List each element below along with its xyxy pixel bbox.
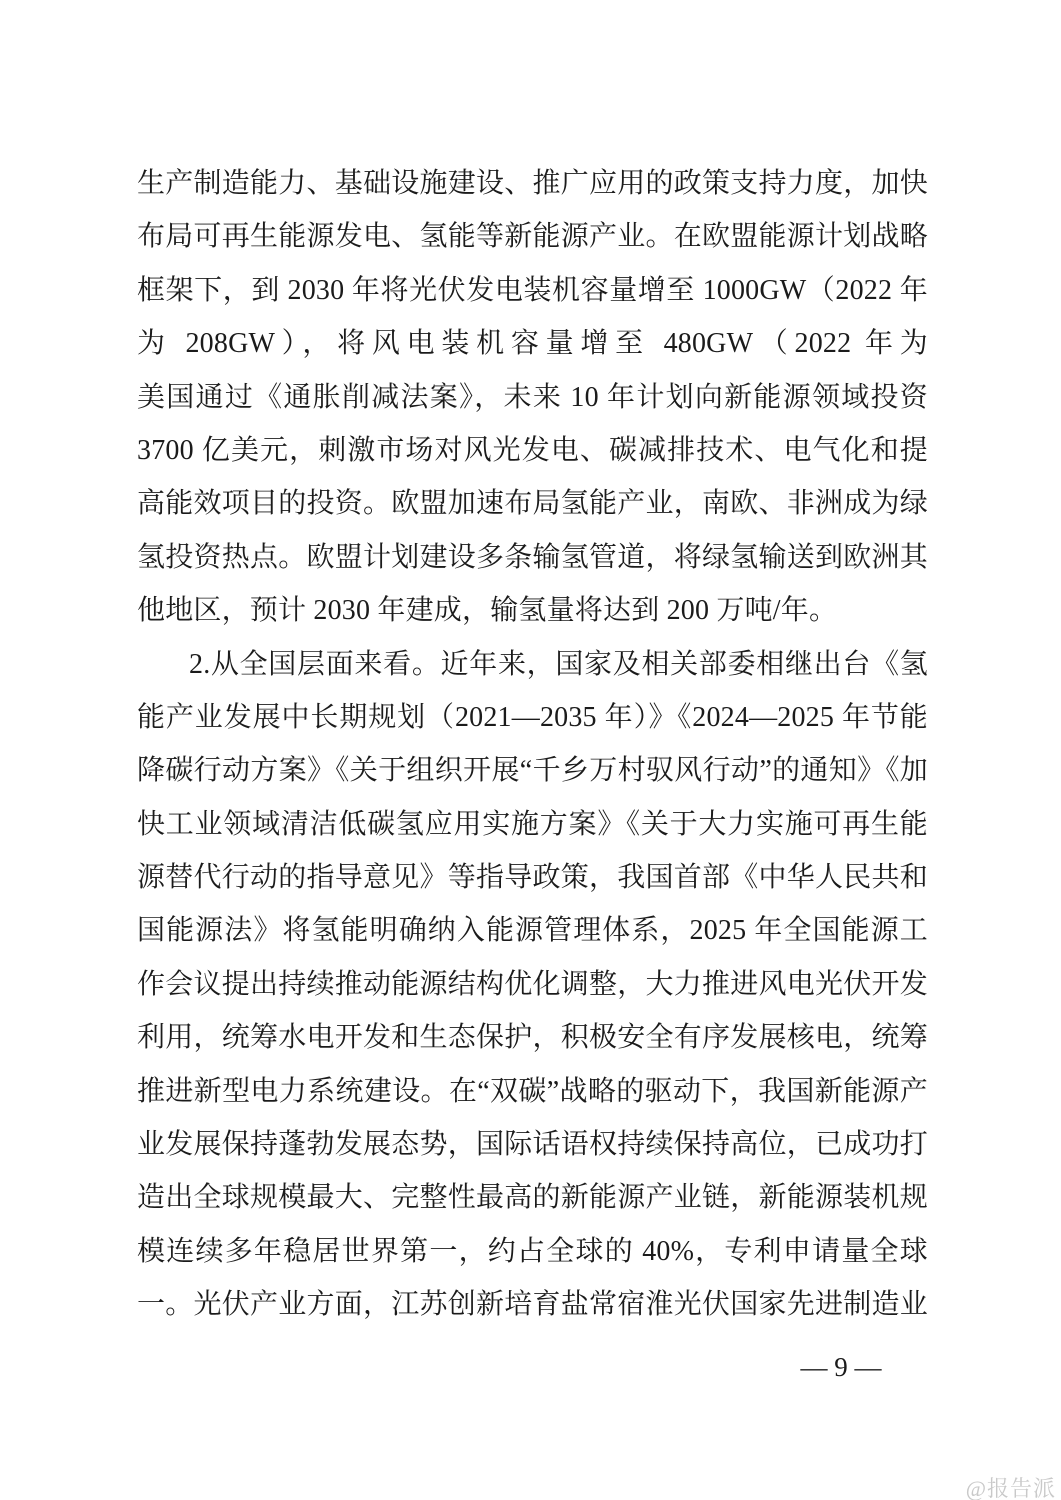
text-line: 美国通过《通胀削减法案》，未来 10 年计划向新能源领域投资 — [137, 371, 928, 424]
text-line: 氢投资热点。欧盟计划建设多条输氢管道，将绿氢输送到欧洲其 — [137, 531, 928, 584]
text-line: 框架下，到 2030 年将光伏发电装机容量增至 1000GW（2022 年 — [137, 264, 928, 317]
text-line: 能产业发展中长期规划（2021—2035 年）》《2024—2025 年节能 — [137, 691, 928, 744]
body-text: 生产制造能力、基础设施建设、推广应用的政策支持力度，加快 布局可再生能源发电、氢… — [137, 157, 928, 1332]
page-number: — 9 — — [771, 1352, 911, 1383]
text-line: 造出全球规模最大、完整性最高的新能源产业链，新能源装机规 — [137, 1171, 928, 1224]
text-line: 业发展保持蓬勃发展态势，国际话语权持续保持高位，已成功打 — [137, 1118, 928, 1171]
text-line: 快工业领域清洁低碳氢应用实施方案》《关于大力实施可再生能 — [137, 798, 928, 851]
text-line: 推进新型电力系统建设。在“双碳”战略的驱动下，我国新能源产 — [137, 1065, 928, 1118]
watermark-text: @报告派 — [966, 1472, 1056, 1500]
text-line: 布局可再生能源发电、氢能等新能源产业。在欧盟能源计划战略 — [137, 210, 928, 263]
text-line: 他地区，预计 2030 年建成，输氢量将达到 200 万吨/年。 — [137, 584, 928, 637]
text-line: 国能源法》将氢能明确纳入能源管理体系，2025 年全国能源工 — [137, 904, 928, 957]
text-line: 3700 亿美元，刺激市场对风光发电、碳减排技术、电气化和提 — [137, 424, 928, 477]
text-line: 高能效项目的投资。欧盟加速布局氢能产业，南欧、非洲成为绿 — [137, 477, 928, 530]
text-line: 生产制造能力、基础设施建设、推广应用的政策支持力度，加快 — [137, 157, 928, 210]
text-line: 为 208GW），将风电装机容量增至 480GW（2022 年为 255GW）。 — [137, 317, 928, 370]
text-line: 降碳行动方案》《关于组织开展“千乡万村驭风行动”的通知》《加 — [137, 744, 928, 797]
text-line: 2.从全国层面来看。近年来，国家及相关部委相继出台《氢 — [137, 638, 928, 691]
text-line: 作会议提出持续推动能源结构优化调整，大力推进风电光伏开发 — [137, 958, 928, 1011]
text-line: 利用，统筹水电开发和生态保护，积极安全有序发展核电，统筹 — [137, 1011, 928, 1064]
text-line: 模连续多年稳居世界第一，约占全球的 40%，专利申请量全球第 — [137, 1225, 928, 1278]
text-line: 一。光伏产业方面，江苏创新培育盐常宿淮光伏国家先进制造业 — [137, 1278, 928, 1331]
text-line: 源替代行动的指导意见》等指导政策，我国首部《中华人民共和 — [137, 851, 928, 904]
document-page: 生产制造能力、基础设施建设、推广应用的政策支持力度，加快 布局可再生能源发电、氢… — [0, 0, 1061, 1500]
